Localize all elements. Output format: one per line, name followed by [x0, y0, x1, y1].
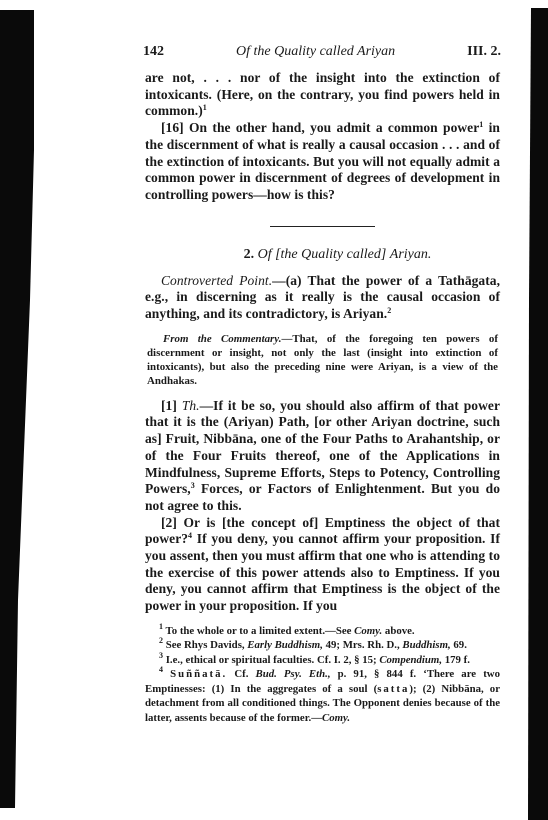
footnote-4: 4 Suññatā. Cf. Bud. Psy. Eth., p. 91, § … [145, 667, 500, 725]
commentary-note: From the Commentary.—That, of the forego… [145, 332, 500, 388]
footnotes: 1 To the whole or to a limited extent.—S… [145, 624, 500, 726]
running-title: Of the Quality called Ariyan [236, 44, 395, 60]
paragraph-1: [1] Th.—If it be so, you should also aff… [145, 398, 500, 515]
paragraph-2: [2] Or is [the concept of] Emptiness the… [145, 515, 500, 615]
scan-edge-left [0, 0, 36, 820]
section-reference: III. 2. [467, 44, 501, 60]
controverted-point: Controverted Point.—(a) That the power o… [145, 273, 500, 323]
page-number: 142 [143, 44, 164, 60]
paragraph-16: [16] On the other hand, you admit a comm… [145, 120, 500, 204]
continuation-paragraph: are not, . . . nor of the insight into t… [145, 70, 500, 120]
book-page: 142 Of the Quality called Ariyan III. 2.… [145, 44, 500, 725]
running-head: 142 Of the Quality called Ariyan III. 2. [143, 44, 501, 70]
footnote-2: 2 See Rhys Davids, Early Buddhism, 49; M… [145, 638, 500, 653]
footnote-1: 1 To the whole or to a limited extent.—S… [145, 624, 500, 639]
footnote-ref[interactable]: 2 [387, 306, 391, 315]
scan-edge-right [528, 0, 548, 820]
section-heading: 2. Of [the Quality called] Ariyan. [175, 247, 500, 263]
section-divider [270, 226, 375, 227]
footnote-ref[interactable]: 1 [203, 103, 207, 112]
footnote-3: 3 I.e., ethical or spiritual faculties. … [145, 653, 500, 668]
